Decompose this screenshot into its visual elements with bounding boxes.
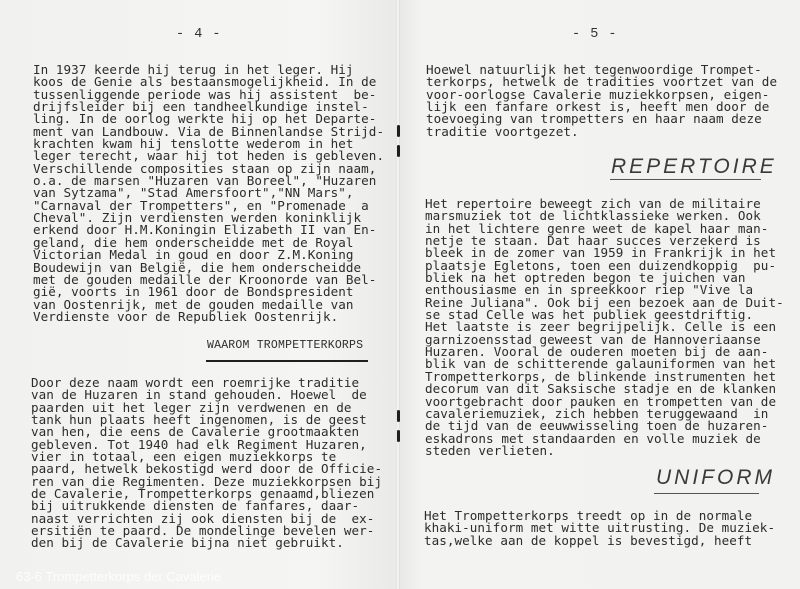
binding-gutter	[396, 0, 400, 589]
heading-underline	[610, 179, 761, 180]
biography-paragraph: In 1937 keerde hij terug in het leger. H…	[33, 64, 384, 323]
left-page: - 4 - In 1937 keerde hij terug in het le…	[0, 0, 398, 589]
tradition-paragraph: Hoewel natuurlijk het tegenwoordige Trom…	[426, 64, 777, 138]
repertoire-paragraph: Het repertoire beweegt zich van de milit…	[425, 198, 784, 457]
staple-icon	[397, 125, 400, 137]
watermark-caption: 63-6 Trompetterkorps der Cavalerie	[16, 569, 221, 584]
section-heading-uniform: UNIFORM	[656, 466, 775, 490]
staple-icon	[397, 145, 400, 157]
right-page: - 5 - Hoewel natuurlijk het tegenwoordig…	[398, 0, 800, 589]
heading-underline	[206, 360, 368, 362]
heading-underline	[654, 493, 759, 494]
page-number-left: - 4 -	[176, 27, 222, 42]
section-heading-waarom-trompetterkorps: WAAROM TROMPETTERKORPS	[207, 339, 363, 352]
uniform-paragraph: Het Trompetterkorps treedt op in de norm…	[424, 510, 775, 547]
staple-icon	[397, 430, 400, 442]
section-heading-repertoire: REPERTOIRE	[611, 155, 777, 179]
staple-icon	[397, 410, 400, 422]
waarom-paragraph: Door deze naam wordt een roemrijke tradi…	[31, 377, 382, 550]
page-number-right: - 5 -	[572, 27, 618, 42]
